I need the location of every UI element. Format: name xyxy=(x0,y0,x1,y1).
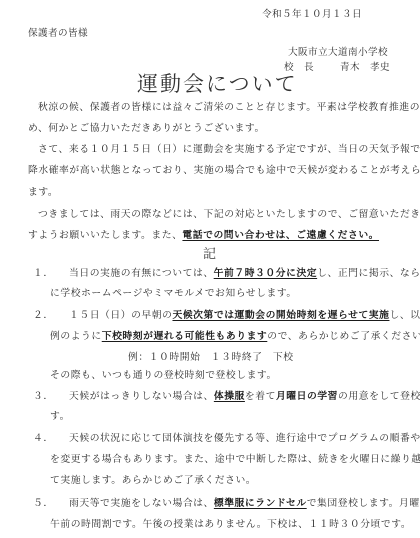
list-item-1-line2: に学校ホームページやミマモルメでお知らせします。 xyxy=(50,285,297,299)
intro-p1-line1: 秋涼の候、保護者の皆様には益々ご清栄のことと存じます。平素は学校教育推進のた xyxy=(38,99,420,113)
item-text: し、以下の xyxy=(389,310,420,321)
item-text: １５日（日）の早朝の xyxy=(69,310,172,321)
item-text: し、正門に掲示、ならび xyxy=(317,268,420,279)
intro-p3-line2: すようお願いいたします。また、電話での問い合わせは、ご遠慮ください。 xyxy=(28,227,379,241)
delayed-dismissal-notice: 下校時刻が遅れる可能性もあります xyxy=(102,331,268,342)
phone-inquiry-notice: 電話での問い合わせは、ご遠慮ください。 xyxy=(182,230,379,241)
principal-name: 青木 孝史 xyxy=(340,62,390,73)
item-text: 当日の実施の有無については、 xyxy=(69,268,214,279)
item-text: の用意をして登校しま xyxy=(338,391,420,402)
kigo-heading: 記 xyxy=(203,243,216,262)
issue-date: 令和５年１０月１３日 xyxy=(262,6,362,20)
page-title: 運動会について xyxy=(137,68,298,98)
list-item-3-line2: す。 xyxy=(50,408,70,422)
list-item-4-line3: て実施します。あらかじめご了承ください。 xyxy=(50,472,256,486)
intro-p2-line3: ます。 xyxy=(28,184,58,198)
uniform-and-backpack: 標準服にランドセル xyxy=(214,498,307,509)
item-number: ２． xyxy=(33,307,69,321)
list-item-2-line4: その際も、いつも通りの登校時刻で登校します。 xyxy=(50,367,277,381)
list-item-5-line2: 午前の時間割です。午後の授業はありません。下校は、１１時３０分頃です。 xyxy=(50,516,411,530)
gym-clothes: 体操服 xyxy=(214,391,245,402)
item-number: ４． xyxy=(33,430,69,444)
monday-lessons: 月曜日の学習 xyxy=(276,391,338,402)
delayed-start-notice: 天候次第では運動会の開始時刻を遅らせて実施 xyxy=(172,310,389,321)
schedule-example: 例：１０時開始 １３時終了 下校 xyxy=(128,349,294,363)
addressee: 保護者の皆様 xyxy=(28,25,88,39)
notice-document: 令和５年１０月１３日 保護者の皆様 大阪市立大道南小学校 校 長青木 孝史 運動… xyxy=(0,0,420,538)
item-text: ので、あらかじめご了承ください。 xyxy=(267,331,420,342)
school-name: 大阪市立大道南小学校 xyxy=(288,44,388,58)
list-item-1-line1: １．当日の実施の有無については、午前７時３０分に決定し、正門に掲示、ならび xyxy=(33,265,420,279)
item-text: 雨天等で実施をしない場合は、 xyxy=(69,498,214,509)
item-text: 天候の状況に応じて団体演技を優先する等、進行途中でプログラムの順番や時間 xyxy=(69,433,420,444)
item-number: ３． xyxy=(33,388,69,402)
item-text: 天候がはっきりしない場合は、 xyxy=(69,391,214,402)
intro-p2-line1: さて、来る１０月１５日（日）に運動会を実施する予定ですが、当日の天気予報で、 xyxy=(38,141,420,155)
item-number: ５． xyxy=(33,495,69,509)
item-text: 例のように xyxy=(50,331,102,342)
intro-p3-line1: つきましては、雨天の際などには、下記の対応といたしますので、ご留意いただきま xyxy=(38,206,420,220)
intro-p3-text: すようお願いいたします。また、 xyxy=(28,230,182,241)
list-item-4-line1: ４．天候の状況に応じて団体演技を優先する等、進行途中でプログラムの順番や時間 xyxy=(33,430,420,444)
list-item-5-line1: ５．雨天等で実施をしない場合は、標準服にランドセルで集団登校します。月曜日の xyxy=(33,495,420,509)
list-item-2-line2: 例のように下校時刻が遅れる可能性もありますので、あらかじめご了承ください。 xyxy=(50,328,420,342)
item-text: を着て xyxy=(245,391,276,402)
list-item-4-line2: を変更する場合もあります。また、途中で中断した際は、続きを火曜日に繰り越し xyxy=(50,451,420,465)
intro-p1-line2: め、何かとご協力いただきありがとうございます。 xyxy=(28,120,265,134)
item-text: で集団登校します。月曜日の xyxy=(307,498,420,509)
list-item-2-line1: ２．１５日（日）の早朝の天候次第では運動会の開始時刻を遅らせて実施し、以下の xyxy=(33,307,420,321)
decision-time: 午前７時３０分に決定 xyxy=(214,268,317,279)
list-item-3-line1: ３．天候がはっきりしない場合は、体操服を着て月曜日の学習の用意をして登校しま xyxy=(33,388,420,402)
item-number: １． xyxy=(33,265,69,279)
intro-p2-line2: 降水確率が高い状態となっており、実施の場合でも途中で天候が変わることが考えられ xyxy=(28,162,420,176)
principal: 校 長青木 孝史 xyxy=(284,59,390,73)
